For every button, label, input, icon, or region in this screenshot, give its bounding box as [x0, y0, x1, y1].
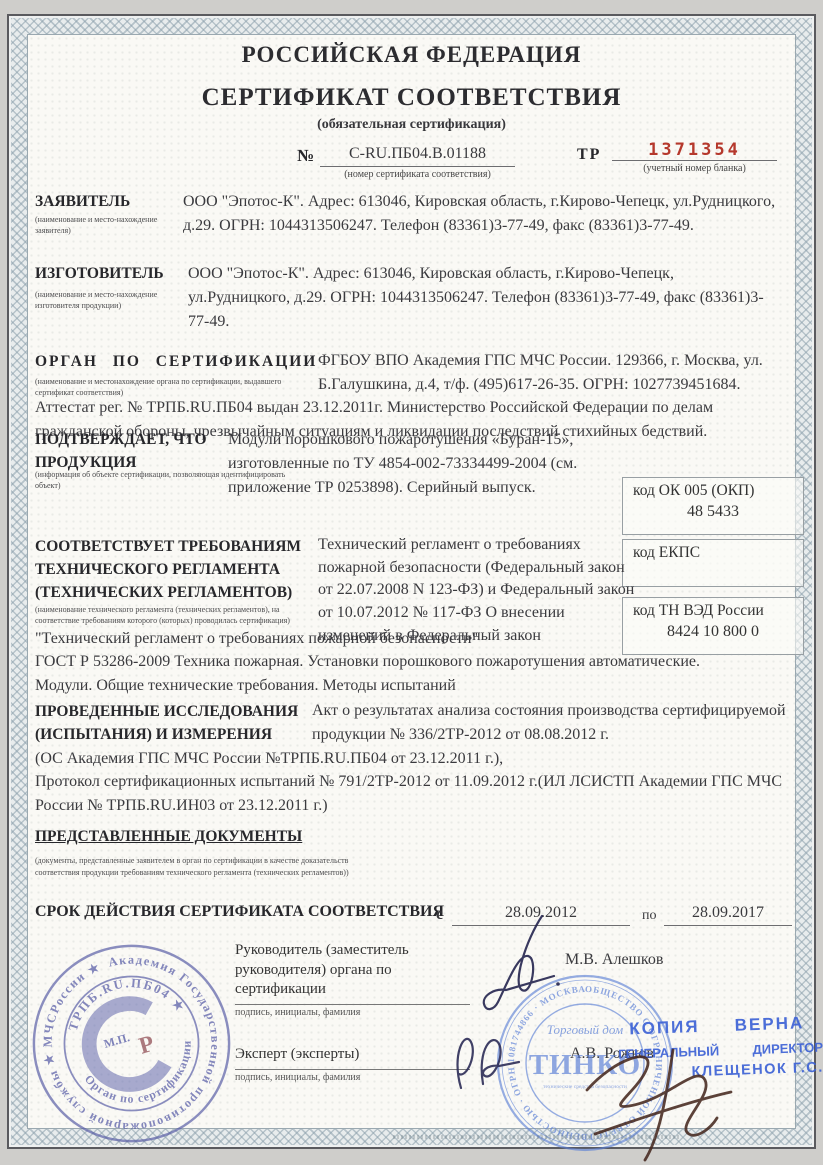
svg-text:Академия Государственной проти: Академия Государственной противопожарной… — [19, 931, 244, 1156]
research-label-line1: ПРОВЕДЕННЫЕ ИССЛЕДОВАНИЯ — [35, 703, 298, 721]
copy-word: КОПИЯ — [629, 1017, 700, 1039]
certification-type: (обязательная сертификация) — [0, 117, 823, 133]
code-tnved-label: код ТН ВЭД России — [623, 598, 803, 620]
blank-number-block: 1371354 (учетный номер бланка) — [612, 140, 777, 174]
validity-from-label: с — [436, 903, 443, 927]
cert-body-text: ФГБОУ ВПО Академия ГПС МЧС России. 12936… — [318, 349, 786, 397]
expert-signature-block: Эксперт (эксперты) подпись, инициалы, фа… — [235, 1045, 470, 1083]
expert-signature-ink — [447, 1022, 525, 1114]
compliance-label-line3: (ТЕХНИЧЕСКИХ РЕГЛАМЕНТОВ) — [35, 584, 325, 602]
country-title: РОССИЙСКАЯ ФЕДЕРАЦИЯ — [0, 42, 823, 68]
code-ekps-value — [623, 562, 803, 565]
compliance-label-line1: СООТВЕТСТВУЕТ ТРЕБОВАНИЯМ — [35, 538, 325, 556]
documents-label: ПРЕДСТАВЛЕННЫЕ ДОКУМЕНТЫ — [35, 828, 302, 846]
code-okp-label: код ОК 005 (ОКП) — [623, 478, 803, 500]
code-box-ekps: код ЕКПС — [622, 539, 804, 587]
manufacturer-caption: (наименование и место-нахождение изготов… — [35, 290, 177, 312]
head-role: Руководитель (заместитель руководителя) … — [235, 941, 470, 1005]
tr-label: ТР — [577, 146, 601, 164]
validity-label: СРОК ДЕЙСТВИЯ СЕРТИФИКАТА СООТВЕТСТВИЯ — [35, 903, 444, 921]
stamp-outer-ring-text: Академия Государственной противопожарной… — [19, 931, 244, 1156]
head-signature-block: Руководитель (заместитель руководителя) … — [235, 941, 470, 1018]
confirms-label: ПОДТВЕРЖДАЕТ, ЧТО — [35, 431, 207, 449]
research-text3: Протокол сертификационных испытаний № 79… — [35, 770, 795, 818]
compliance-label-block: СООТВЕТСТВУЕТ ТРЕБОВАНИЯМ ТЕХНИЧЕСКОГО Р… — [35, 538, 325, 602]
head-signature-caption: подпись, инициалы, фамилия — [235, 1007, 470, 1018]
number-sign: № — [297, 146, 314, 166]
stamp-mp-text: М.П. — [102, 1030, 131, 1051]
research-text: Акт о результатах анализа состояния прои… — [312, 699, 792, 747]
code-okp-value: 48 5433 — [623, 500, 803, 521]
validity-to-label: по — [642, 905, 657, 926]
printer-microtext-line — [393, 1135, 681, 1139]
product-text: Модули порошкового пожаротушения «Буран-… — [228, 428, 626, 500]
certificate-number: C-RU.ПБ04.В.01188 — [320, 142, 515, 167]
expert-role: Эксперт (эксперты) — [235, 1045, 470, 1070]
compliance-caption: (наименование технического регламента (т… — [35, 605, 305, 627]
applicant-text-block: ООО "Эпотос-К". Адрес: 613046, Кировская… — [35, 190, 777, 240]
validity-to-date: 28.09.2017 — [664, 901, 792, 926]
director-signature-ink — [575, 1038, 740, 1163]
certificate-number-caption: (номер сертификата соответствия) — [320, 169, 515, 180]
head-signature-ink — [462, 912, 572, 1024]
applicant-text: ООО "Эпотос-К". Адрес: 613046, Кировская… — [183, 193, 775, 234]
code-box-okp: код ОК 005 (ОКП) 48 5433 — [622, 477, 804, 535]
certificate-number-block: C-RU.ПБ04.В.01188 (номер сертификата соо… — [320, 142, 515, 180]
code-ekps-label: код ЕКПС — [623, 540, 803, 562]
page-title: СЕРТИФИКАТ СООТВЕТСТВИЯ — [0, 84, 823, 112]
compliance-regulation-quote: "Технический регламент о требованиях пож… — [35, 627, 635, 651]
code-tnved-value: 8424 10 800 0 — [623, 620, 803, 641]
manufacturer-label: ИЗГОТОВИТЕЛЬ — [35, 265, 164, 283]
research-label-line2: (ИСПЫТАНИЯ) И ИЗМЕРЕНИЯ — [35, 726, 272, 744]
cert-body-label: ОРГАН ПО СЕРТИФИКАЦИИ — [35, 353, 317, 371]
manufacturer-text: ООО "Эпотос-К". Адрес: 613046, Кировская… — [188, 262, 780, 334]
compliance-label-line2: ТЕХНИЧЕСКОГО РЕГЛАМЕНТА — [35, 561, 325, 579]
head-name: М.В. Алешков — [565, 948, 663, 972]
certificate-scan: РОССИЙСКАЯ ФЕДЕРАЦИЯ СЕРТИФИКАТ СООТВЕТС… — [0, 0, 823, 1165]
code-box-tnved: код ТН ВЭД России 8424 10 800 0 — [622, 597, 804, 655]
documents-caption: (документы, представленные заявителем в … — [35, 855, 355, 880]
expert-signature-caption: подпись, инициалы, фамилия — [235, 1072, 470, 1083]
blank-number-caption: (учетный номер бланка) — [612, 163, 777, 174]
stamp-emblem-letter: Р — [136, 1031, 157, 1060]
blank-serial-number: 1371354 — [612, 140, 777, 161]
director-word: ДИРЕКТОР — [752, 1040, 823, 1057]
research-text2: (ОС Академия ГПС МЧС России №ТРПБ.RU.ПБ0… — [35, 747, 795, 771]
valid-word: ВЕРНА — [734, 1013, 804, 1035]
compliance-gost-text: ГОСТ Р 53286-2009 Техника пожарная. Уста… — [35, 650, 725, 698]
tinko-script-text: Торговый дом — [547, 1022, 623, 1037]
applicant-label-spacer — [35, 190, 183, 240]
